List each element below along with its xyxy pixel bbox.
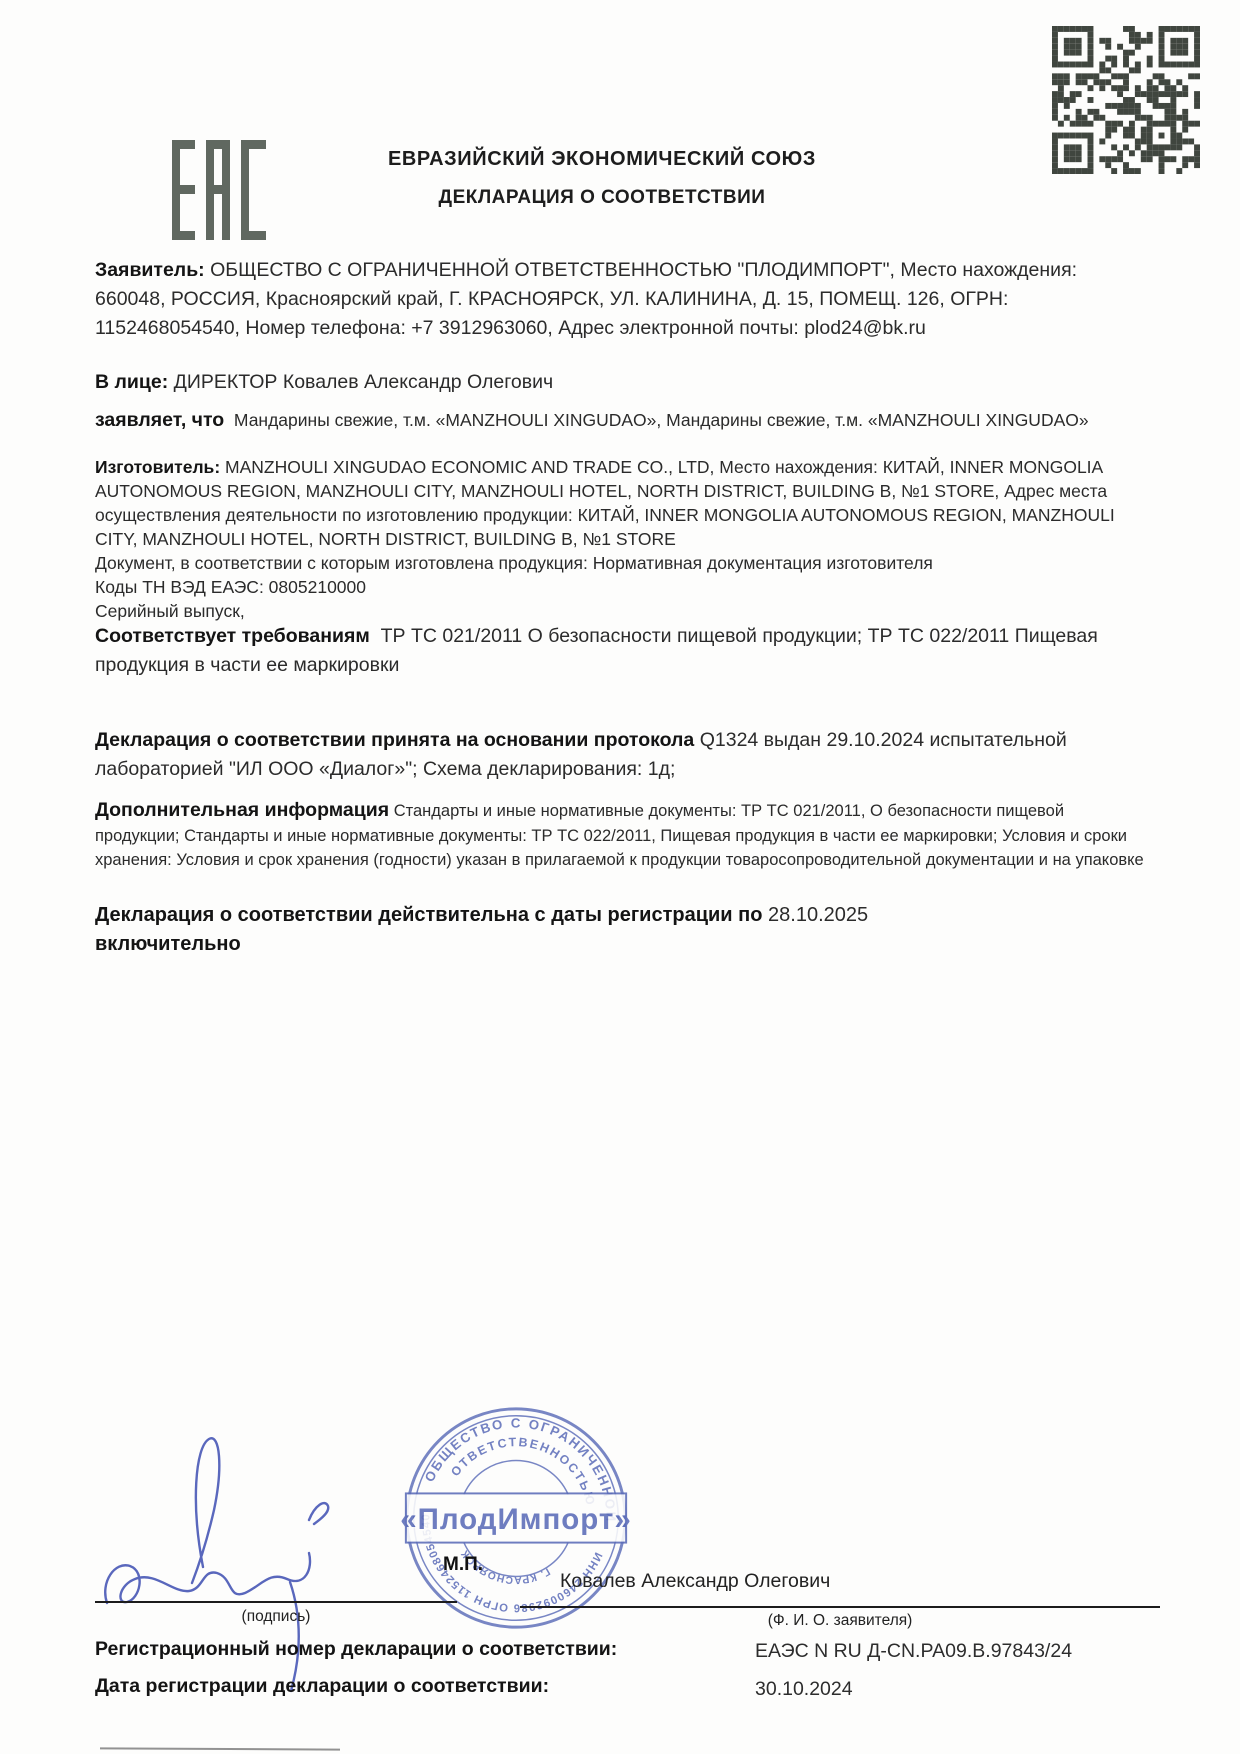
basis-label: Декларация о соответствии принята на осн…: [95, 729, 694, 751]
doc-title: ДЕКЛАРАЦИЯ О СООТВЕТСТВИИ: [0, 187, 1204, 209]
declaration-document: ЕВРАЗИЙСКИЙ ЭКОНОМИЧЕСКИЙ СОЮЗ ДЕКЛАРАЦИ…: [0, 0, 1240, 1754]
validity-suffix: включительно: [95, 933, 241, 955]
normative-doc-line: Документ, в соответствии с которым изгот…: [95, 552, 1147, 575]
applicant-label: Заявитель:: [95, 259, 205, 281]
manufacturer-label: Изготовитель:: [95, 457, 220, 477]
additional-info-paragraph: Дополнительная информация Стандарты и ин…: [95, 798, 1147, 873]
stamp-company-name: «ПлодИмпорт»: [400, 1503, 631, 1536]
person-label: В лице:: [95, 371, 168, 393]
product-name-text: Мандарины свежие, т.м. «MANZHOULI XINGUD…: [234, 410, 1089, 430]
person-text: ДИРЕКТОР Ковалев Александр Олегович: [174, 371, 554, 393]
person-paragraph: В лице: ДИРЕКТОР Ковалев Александр Олего…: [95, 368, 1147, 397]
basis-paragraph: Декларация о соответствии принята на осн…: [95, 726, 1095, 784]
document-header: ЕВРАЗИЙСКИЙ ЭКОНОМИЧЕСКИЙ СОЮЗ ДЕКЛАРАЦИ…: [0, 148, 1204, 209]
union-title: ЕВРАЗИЙСКИЙ ЭКОНОМИЧЕСКИЙ СОЮЗ: [0, 148, 1204, 171]
mp-mark: М.П.: [443, 1554, 483, 1576]
tnved-code-line: Коды ТН ВЭД ЕАЭС: 0805210000: [95, 576, 1147, 599]
registration-date-value: 30.10.2024: [755, 1678, 853, 1701]
serial-release-line: Серийный выпуск,: [95, 600, 1147, 623]
validity-paragraph: Декларация о соответствии действительна …: [95, 901, 1147, 959]
manufacturer-text: MANZHOULI XINGUDAO ECONOMIC AND TRADE CO…: [95, 457, 1115, 549]
signer-name: Ковалев Александр Олегович: [560, 1570, 830, 1593]
signature-caption: (подпись): [95, 1608, 457, 1626]
additional-info-label: Дополнительная информация: [95, 799, 389, 821]
registration-number-value: ЕАЭС N RU Д-CN.РА09.В.97843/24: [755, 1640, 1072, 1663]
declares-label: заявляет, что: [95, 409, 224, 431]
signature-line: [95, 1601, 457, 1603]
scan-artifact-line: [100, 1747, 340, 1750]
name-caption: (Ф. И. О. заявителя): [640, 1612, 1040, 1630]
declares-paragraph: заявляет, что Мандарины свежие, т.м. «MA…: [95, 408, 1147, 432]
applicant-paragraph: Заявитель: ОБЩЕСТВО С ОГРАНИЧЕННОЙ ОТВЕТ…: [95, 256, 1147, 343]
requirements-paragraph: Соответствует требованиям ТР ТС 021/2011…: [95, 622, 1130, 680]
validity-date: 28.10.2025: [768, 904, 868, 926]
applicant-text: ОБЩЕСТВО С ОГРАНИЧЕННОЙ ОТВЕТСТВЕННОСТЬЮ…: [95, 259, 1077, 339]
registration-date-label: Дата регистрации декларации о соответств…: [95, 1675, 549, 1698]
requirements-label: Соответствует требованиям: [95, 625, 370, 647]
name-line: [520, 1606, 1160, 1608]
manufacturer-paragraph: Изготовитель: MANZHOULI XINGUDAO ECONOMI…: [95, 455, 1147, 551]
validity-label: Декларация о соответствии действительна …: [95, 904, 762, 926]
registration-number-label: Регистрационный номер декларации о соотв…: [95, 1638, 617, 1661]
